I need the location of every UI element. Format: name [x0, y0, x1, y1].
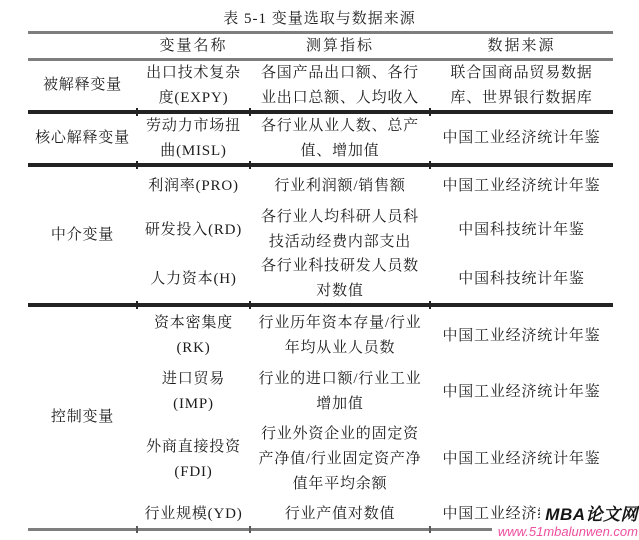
table-header-row: 变量名称 测算指标 数据来源	[28, 34, 613, 58]
cell-line: 各行业从业人数、总产	[261, 114, 419, 139]
table-body: 被解释变量出口技术复杂度(EXPY)各国产品出口额、各行业出口总额、人均收入联合…	[28, 61, 613, 531]
cell-line: 人力资本(H)	[150, 267, 236, 292]
cell-line: 行业规模(YD)	[144, 502, 242, 527]
table-row: 利润率(PRO)行业利润额/销售额中国工业经济统计年鉴	[137, 167, 613, 205]
section-rows: 资本密集度(RK)行业历年资本存量/行业年均从业人员数中国工业经济统计年鉴进口贸…	[137, 307, 613, 528]
indicator-cell: 行业外资企业的固定资产净值/行业固定资产净值年平均余额	[250, 419, 430, 500]
cell-line: 出口技术复杂	[146, 61, 241, 86]
group-label-cell: 控制变量	[28, 307, 137, 528]
variable-name-cell: 人力资本(H)	[137, 255, 250, 303]
column-boundary-tick	[249, 108, 251, 116]
section-divider-rule	[28, 303, 613, 307]
cell-line: 各行业人均科研人员科	[261, 205, 419, 230]
cell-line: (FDI)	[174, 460, 212, 485]
cell-line: 行业外资企业的固定资	[261, 422, 419, 447]
variable-name-cell: 进口贸易(IMP)	[137, 365, 250, 419]
cell-line: 行业的进口额/行业工业	[259, 367, 422, 392]
section-rows: 劳动力市场扭曲(MISL)各行业从业人数、总产值、增加值中国工业经济统计年鉴	[137, 114, 613, 163]
variable-name-cell: 劳动力市场扭曲(MISL)	[137, 114, 250, 163]
table-row: 劳动力市场扭曲(MISL)各行业从业人数、总产值、增加值中国工业经济统计年鉴	[137, 114, 613, 163]
column-boundary-tick	[429, 161, 431, 169]
cell-line: 被解释变量	[43, 73, 122, 98]
indicator-cell: 行业的进口额/行业工业增加值	[250, 365, 430, 419]
section-rows: 利润率(PRO)行业利润额/销售额中国工业经济统计年鉴研发投入(RD)各行业人均…	[137, 167, 613, 303]
table-row: 出口技术复杂度(EXPY)各国产品出口额、各行业出口总额、人均收入联合国商品贸易…	[137, 61, 613, 110]
header-bottom-rule	[28, 58, 613, 61]
column-boundary-tick	[136, 301, 138, 309]
cell-line: 增加值	[316, 392, 363, 417]
data-source-cell: 中国科技统计年鉴	[430, 255, 613, 303]
data-source-cell: 中国科技统计年鉴	[430, 205, 613, 255]
cell-line: 资本密集度	[154, 311, 233, 336]
variable-name-cell: 外商直接投资(FDI)	[137, 419, 250, 500]
cell-line: 各国产品出口额、各行	[261, 61, 419, 86]
cell-line: 中国工业经济统计年鉴	[442, 380, 600, 405]
indicator-cell: 行业产值对数值	[250, 500, 430, 528]
column-boundary-tick	[249, 526, 251, 533]
table-row: 资本密集度(RK)行业历年资本存量/行业年均从业人员数中国工业经济统计年鉴	[137, 307, 613, 365]
table-section: 核心解释变量劳动力市场扭曲(MISL)各行业从业人数、总产值、增加值中国工业经济…	[28, 114, 613, 163]
cell-line: 年均从业人员数	[285, 336, 396, 361]
document-page: 表 5-1 变量选取与数据来源 变量名称 测算指标 数据来源 被解释变量出口技术…	[0, 0, 639, 540]
table-row: 人力资本(H)各行业科技研发人员数对数值中国科技统计年鉴	[137, 255, 613, 303]
column-boundary-tick	[249, 161, 251, 169]
cell-line: 行业利润额/销售额	[274, 174, 405, 199]
cell-line: 度(EXPY)	[159, 86, 229, 111]
indicator-cell: 各行业从业人数、总产值、增加值	[250, 114, 430, 163]
cell-line: 各行业科技研发人员数	[261, 254, 419, 279]
column-boundary-tick	[429, 526, 431, 533]
table-caption: 表 5-1 变量选取与数据来源	[0, 7, 639, 28]
cell-line: 外商直接投资	[146, 435, 241, 460]
table-row: 进口贸易(IMP)行业的进口额/行业工业增加值中国工业经济统计年鉴	[137, 365, 613, 419]
cell-line: 产净值/行业固定资产净	[259, 447, 422, 472]
header-variable-name: 变量名称	[137, 34, 250, 58]
table-top-rule	[28, 31, 613, 34]
watermark-site-url: www.51mbalunwen.com	[492, 523, 638, 540]
cell-line: 进口贸易	[162, 367, 225, 392]
group-label-cell: 被解释变量	[28, 61, 137, 110]
table-row: 研发投入(RD)各行业人均科研人员科技活动经费内部支出中国科技统计年鉴	[137, 205, 613, 255]
cell-line: (RK)	[176, 336, 210, 361]
column-boundary-tick	[249, 301, 251, 309]
table-section: 控制变量资本密集度(RK)行业历年资本存量/行业年均从业人员数中国工业经济统计年…	[28, 307, 613, 528]
cell-line: 中国科技统计年鉴	[458, 267, 584, 292]
table-section: 中介变量利润率(PRO)行业利润额/销售额中国工业经济统计年鉴研发投入(RD)各…	[28, 167, 613, 303]
group-label-cell: 核心解释变量	[28, 114, 137, 163]
cell-line: 中国工业经济统计年鉴	[442, 447, 600, 472]
data-source-cell: 联合国商品贸易数据库、世界银行数据库	[430, 61, 613, 110]
indicator-cell: 各国产品出口额、各行业出口总额、人均收入	[250, 61, 430, 110]
cell-line: 中国科技统计年鉴	[458, 218, 584, 243]
cell-line: (IMP)	[173, 392, 214, 417]
header-indicator: 测算指标	[250, 34, 430, 58]
cell-line: 库、世界银行数据库	[450, 86, 592, 111]
section-rows: 出口技术复杂度(EXPY)各国产品出口额、各行业出口总额、人均收入联合国商品贸易…	[137, 61, 613, 110]
cell-line: 对数值	[316, 279, 363, 304]
cell-line: 利润率(PRO)	[148, 174, 239, 199]
cell-line: 研发投入(RD)	[145, 218, 242, 243]
column-boundary-tick	[136, 526, 138, 533]
data-source-cell: 中国工业经济统计年鉴	[430, 114, 613, 163]
group-label-cell: 中介变量	[28, 167, 137, 303]
cell-line: 中介变量	[51, 223, 114, 248]
cell-line: 中国工业经济统计年鉴	[442, 174, 600, 199]
cell-line: 劳动力市场扭	[146, 114, 241, 139]
column-boundary-tick	[136, 161, 138, 169]
table-row: 外商直接投资(FDI)行业外资企业的固定资产净值/行业固定资产净值年平均余额中国…	[137, 419, 613, 500]
section-divider-rule	[28, 110, 613, 114]
indicator-cell: 行业利润额/销售额	[250, 167, 430, 205]
header-group	[28, 34, 137, 58]
variable-name-cell: 利润率(PRO)	[137, 167, 250, 205]
indicator-cell: 行业历年资本存量/行业年均从业人员数	[250, 307, 430, 365]
variable-name-cell: 出口技术复杂度(EXPY)	[137, 61, 250, 110]
data-table: 变量名称 测算指标 数据来源 被解释变量出口技术复杂度(EXPY)各国产品出口额…	[28, 31, 613, 531]
cell-line: 值年平均余额	[293, 472, 388, 497]
indicator-cell: 各行业人均科研人员科技活动经费内部支出	[250, 205, 430, 255]
cell-line: 行业产值对数值	[285, 502, 396, 527]
column-boundary-tick	[136, 108, 138, 116]
variable-name-cell: 行业规模(YD)	[137, 500, 250, 528]
cell-line: 曲(MISL)	[160, 139, 226, 164]
cell-line: 业出口总额、人均收入	[261, 86, 419, 111]
watermark-site-name: MBA论文网	[540, 499, 638, 526]
data-source-cell: 中国工业经济统计年鉴	[430, 167, 613, 205]
data-source-cell: 中国工业经济统计年鉴	[430, 365, 613, 419]
cell-line: 行业历年资本存量/行业	[259, 311, 422, 336]
cell-line: 中国工业经济统计年鉴	[442, 324, 600, 349]
indicator-cell: 各行业科技研发人员数对数值	[250, 255, 430, 303]
cell-line: 中国工业经济统计年鉴	[442, 126, 600, 151]
data-source-cell: 中国工业经济统计年鉴	[430, 419, 613, 500]
cell-line: 技活动经费内部支出	[269, 230, 411, 255]
cell-line: 联合国商品贸易数据	[450, 61, 592, 86]
column-boundary-tick	[429, 108, 431, 116]
header-data-source: 数据来源	[430, 34, 613, 58]
cell-line: 核心解释变量	[35, 126, 130, 151]
data-source-cell: 中国工业经济统计年鉴	[430, 307, 613, 365]
variable-name-cell: 资本密集度(RK)	[137, 307, 250, 365]
column-boundary-tick	[429, 301, 431, 309]
section-divider-rule	[28, 163, 613, 167]
cell-line: 值、增加值	[300, 139, 379, 164]
table-section: 被解释变量出口技术复杂度(EXPY)各国产品出口额、各行业出口总额、人均收入联合…	[28, 61, 613, 110]
cell-line: 控制变量	[51, 405, 114, 430]
variable-name-cell: 研发投入(RD)	[137, 205, 250, 255]
